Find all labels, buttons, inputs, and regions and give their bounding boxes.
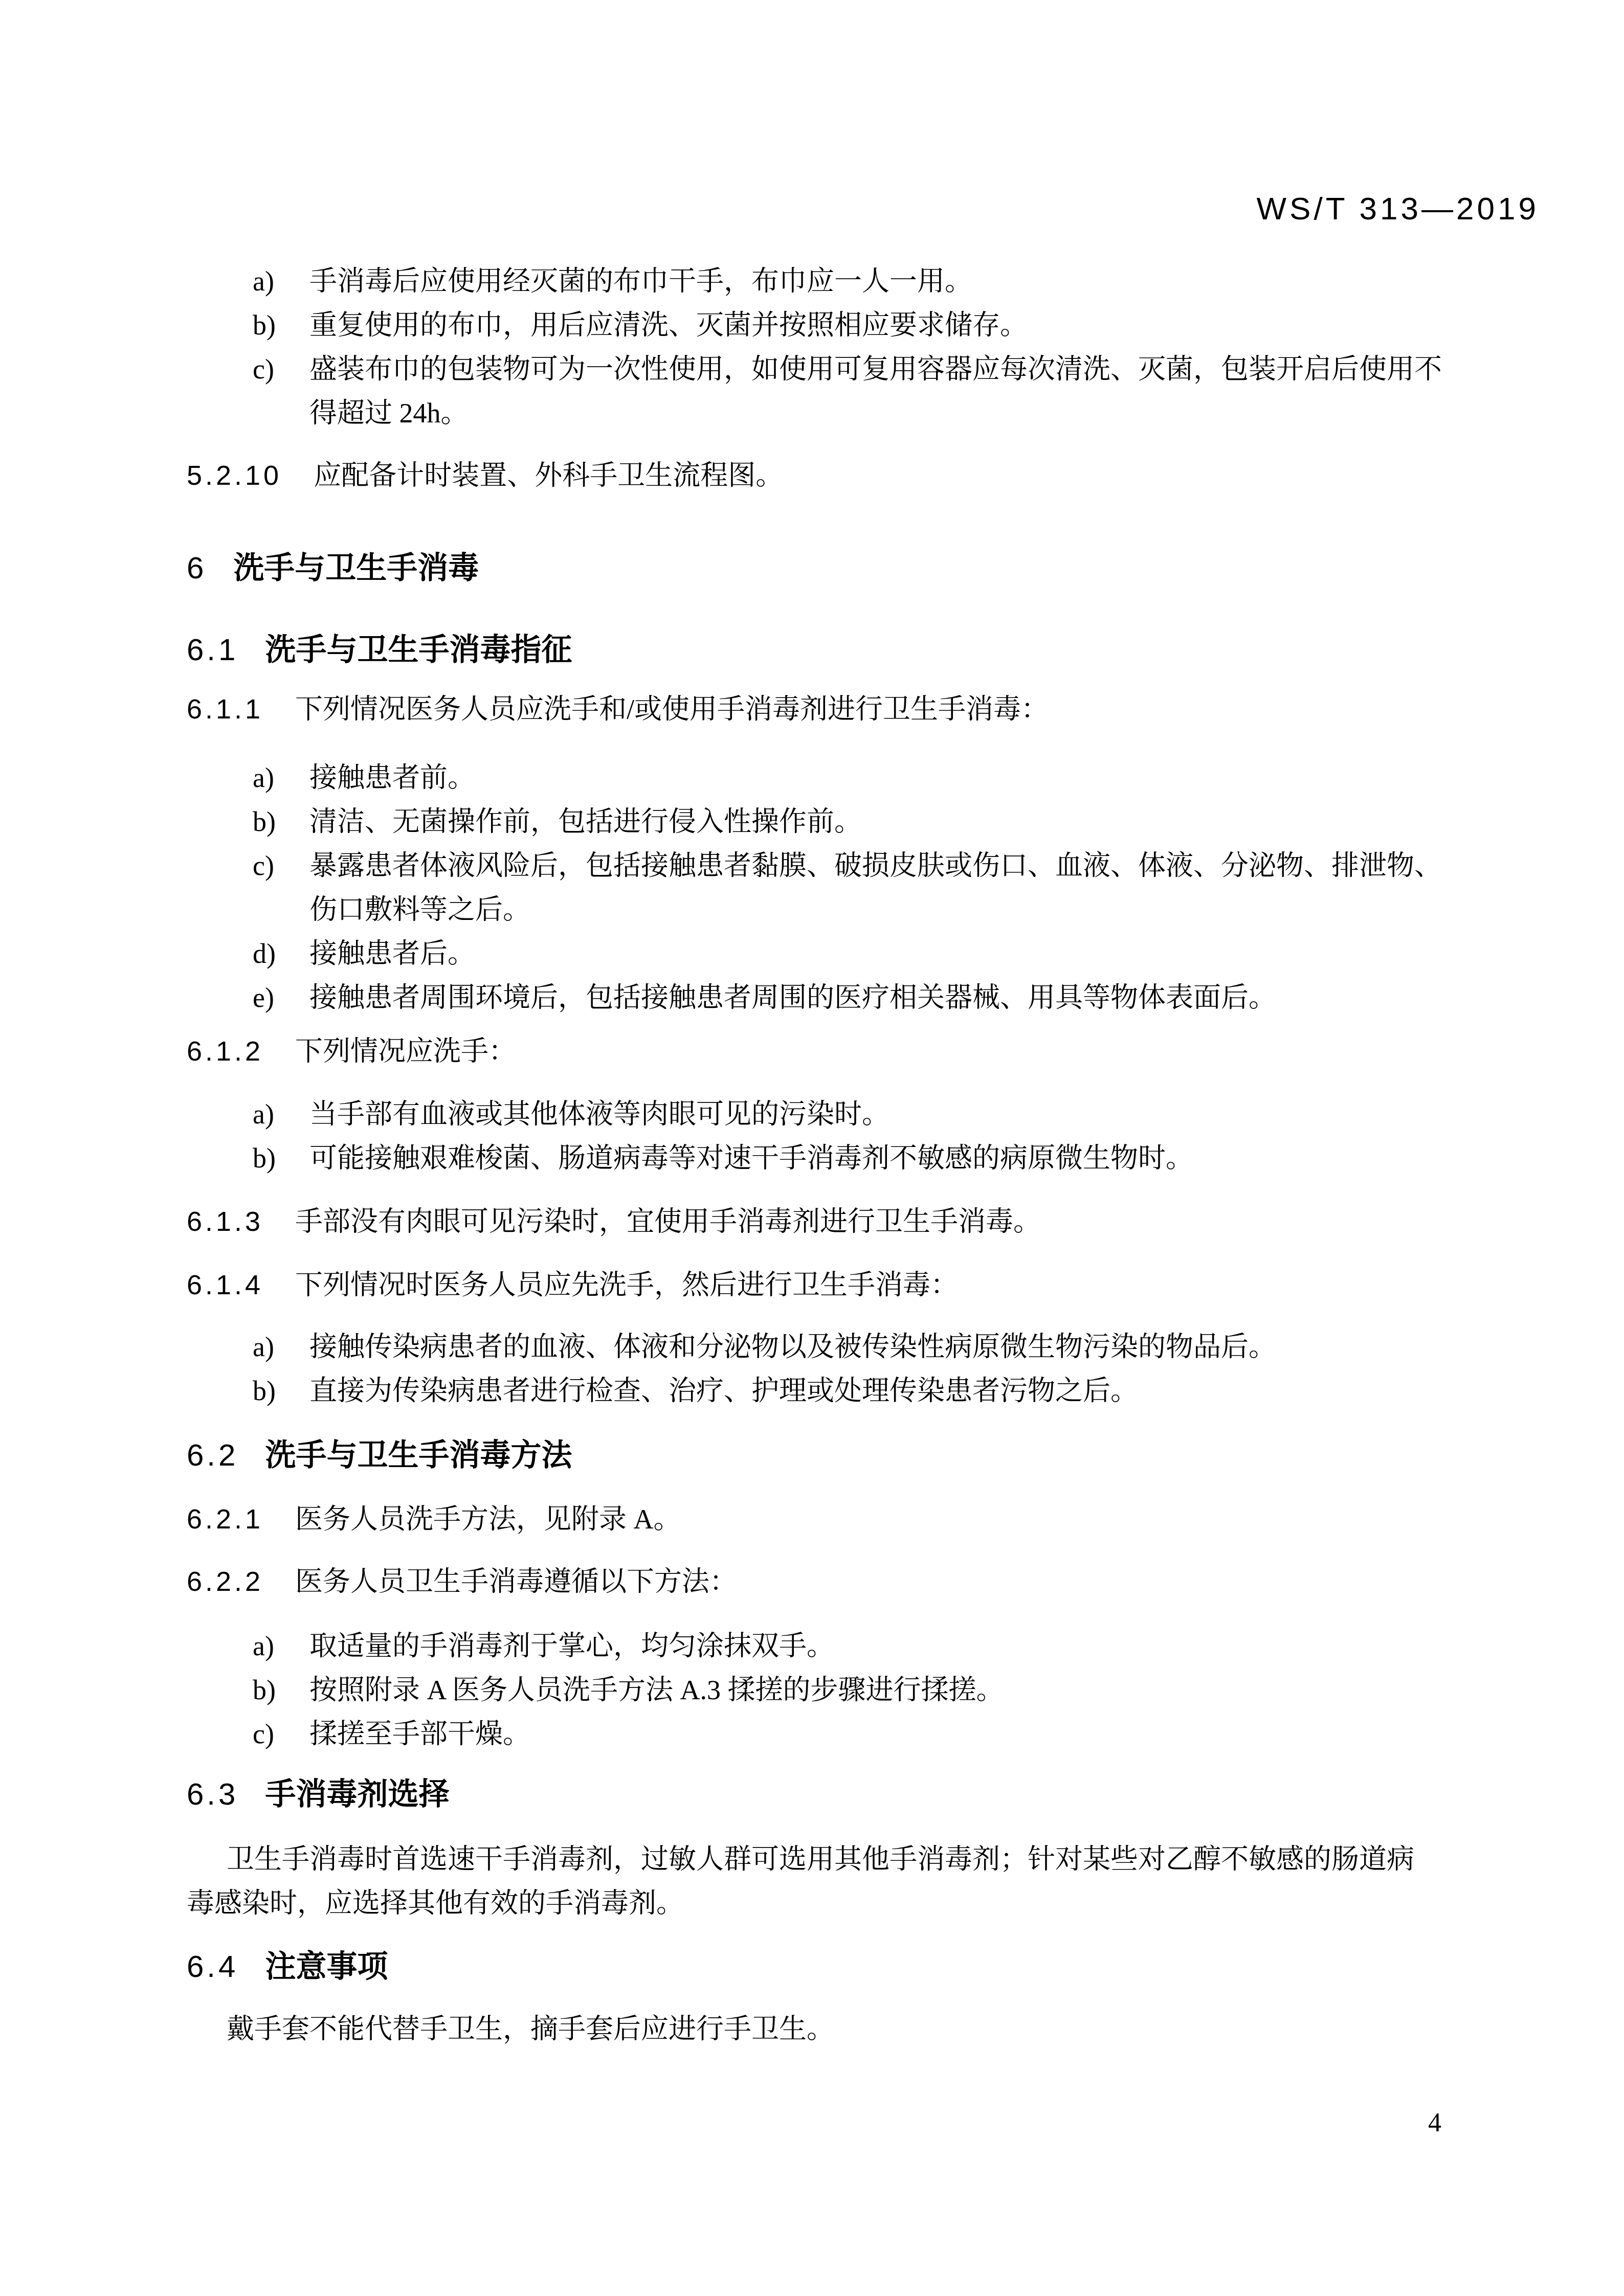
list-item: b) 可能接触艰难梭菌、肠道病毒等对速干手消毒剂不敏感的病原微生物时。: [187, 1136, 1537, 1180]
heading-number: 6.3: [187, 1777, 238, 1811]
clause-6-2-1: 6.2.1医务人员洗手方法，见附录 A。: [187, 1497, 1537, 1541]
list-item: c) 揉搓至手部干燥。: [187, 1712, 1537, 1756]
list-item: b) 直接为传染病患者进行检查、治疗、护理或处理传染患者污物之后。: [187, 1369, 1537, 1413]
list-marker: b): [253, 303, 309, 347]
list-item-text: 暴露患者体液风险后，包括接触患者黏膜、破损皮肤或伤口、血液、体液、分泌物、排泄物…: [309, 844, 1537, 888]
paragraph-line: 毒感染时，应选择其他有效的手消毒剂。: [187, 1881, 1537, 1925]
list-marker: a): [253, 1092, 309, 1136]
list-item-text: 按照附录 A 医务人员洗手方法 A.3 揉搓的步骤进行揉搓。: [309, 1668, 1537, 1712]
list-item: a) 接触患者前。: [187, 756, 1537, 800]
heading-6-4: 6.4注意事项: [187, 1945, 1537, 1989]
list-item-text: 得超过 24h。: [309, 391, 1537, 435]
list-marker: b): [253, 1668, 309, 1712]
clause-text: 医务人员洗手方法，见附录 A。: [295, 1504, 681, 1535]
clause-number: 6.2.1: [187, 1504, 263, 1535]
heading-number: 6.1: [187, 633, 238, 667]
list-marker: a): [253, 1325, 309, 1369]
clause-text: 应配备计时装置、外科手卫生流程图。: [314, 460, 783, 491]
list-item: b) 清洁、无菌操作前，包括进行侵入性操作前。: [187, 800, 1537, 844]
list-item-text: 接触患者前。: [309, 756, 1537, 800]
list-marker: a): [253, 259, 309, 303]
heading-6-3: 6.3手消毒剂选择: [187, 1772, 1537, 1816]
clause-text: 手部没有肉眼可见污染时，宜使用手消毒剂进行卫生手消毒。: [295, 1206, 1041, 1237]
paragraph-line: 戴手套不能代替手卫生，摘手套后应进行手卫生。: [187, 2007, 1537, 2051]
clause-number: 6.1.1: [187, 694, 263, 725]
heading-title: 注意事项: [265, 1949, 388, 1984]
list-item-text: 接触患者后。: [309, 932, 1537, 976]
list-item: d) 接触患者后。: [187, 932, 1537, 976]
heading-number: 6.2: [187, 1438, 238, 1472]
list-marker: c): [253, 844, 309, 932]
list-marker: b): [253, 1369, 309, 1413]
page-number: 4: [1428, 2108, 1441, 2139]
list-marker: d): [253, 932, 309, 976]
list-item: c) 盛装布巾的包装物可为一次性使用，如使用可复用容器应每次清洗、灭菌，包装开启…: [187, 347, 1537, 435]
list-item: b) 按照附录 A 医务人员洗手方法 A.3 揉搓的步骤进行揉搓。: [187, 1668, 1537, 1712]
paragraph-6-4: 戴手套不能代替手卫生，摘手套后应进行手卫生。: [187, 2007, 1537, 2051]
heading-6: 6洗手与卫生手消毒: [187, 546, 1537, 590]
list-item-text: 清洁、无菌操作前，包括进行侵入性操作前。: [309, 800, 1537, 844]
paragraph-6-3: 卫生手消毒时首选速干手消毒剂，过敏人群可选用其他手消毒剂；针对某些对乙醇不敏感的…: [187, 1837, 1537, 1925]
list-marker: a): [253, 1624, 309, 1668]
page-content: a) 手消毒后应使用经灭菌的布巾干手，布巾应一人一用。 b) 重复使用的布巾，用…: [187, 259, 1537, 2051]
list-6-1-4: a) 接触传染病患者的血液、体液和分泌物以及被传染性病原微生物污染的物品后。 b…: [187, 1325, 1537, 1413]
clause-text: 下列情况时医务人员应先洗手，然后进行卫生手消毒：: [295, 1270, 958, 1300]
list-item: a) 手消毒后应使用经灭菌的布巾干手，布巾应一人一用。: [187, 259, 1537, 303]
list-item-text: 盛装布巾的包装物可为一次性使用，如使用可复用容器应每次清洗、灭菌，包装开启后使用…: [309, 347, 1537, 391]
heading-title: 手消毒剂选择: [265, 1777, 449, 1811]
list-6-1-1: a) 接触患者前。 b) 清洁、无菌操作前，包括进行侵入性操作前。 c) 暴露患…: [187, 756, 1537, 1020]
doc-code-header: WS/T 313—2019: [1257, 193, 1539, 225]
heading-title: 洗手与卫生手消毒: [233, 551, 479, 585]
list-towel-rules: a) 手消毒后应使用经灭菌的布巾干手，布巾应一人一用。 b) 重复使用的布巾，用…: [187, 259, 1537, 435]
list-item-text: 取适量的手消毒剂于掌心，均匀涂抹双手。: [309, 1624, 1537, 1668]
clause-6-2-2: 6.2.2医务人员卫生手消毒遵循以下方法：: [187, 1560, 1537, 1604]
clause-number: 6.1.2: [187, 1036, 263, 1067]
list-marker: b): [253, 800, 309, 844]
clause-6-1-3: 6.1.3手部没有肉眼可见污染时，宜使用手消毒剂进行卫生手消毒。: [187, 1200, 1537, 1244]
list-marker: b): [253, 1136, 309, 1180]
heading-title: 洗手与卫生手消毒指征: [265, 633, 572, 667]
clause-6-1-2: 6.1.2下列情况应洗手：: [187, 1029, 1537, 1073]
clause-6-1-4: 6.1.4下列情况时医务人员应先洗手，然后进行卫生手消毒：: [187, 1263, 1537, 1307]
list-item: b) 重复使用的布巾，用后应清洗、灭菌并按照相应要求储存。: [187, 303, 1537, 347]
heading-6-1: 6.1洗手与卫生手消毒指征: [187, 628, 1537, 672]
list-item-text: 直接为传染病患者进行检查、治疗、护理或处理传染患者污物之后。: [309, 1369, 1537, 1413]
heading-number: 6: [187, 551, 207, 585]
list-item: a) 取适量的手消毒剂于掌心，均匀涂抹双手。: [187, 1624, 1537, 1668]
list-item-text: 手消毒后应使用经灭菌的布巾干手，布巾应一人一用。: [309, 259, 1537, 303]
document-page: WS/T 313—2019 a) 手消毒后应使用经灭菌的布巾干手，布巾应一人一用…: [0, 0, 1624, 2296]
paragraph-line: 卫生手消毒时首选速干手消毒剂，过敏人群可选用其他手消毒剂；针对某些对乙醇不敏感的…: [187, 1837, 1537, 1881]
list-item-text: 可能接触艰难梭菌、肠道病毒等对速干手消毒剂不敏感的病原微生物时。: [309, 1136, 1537, 1180]
list-item: c) 暴露患者体液风险后，包括接触患者黏膜、破损皮肤或伤口、血液、体液、分泌物、…: [187, 844, 1537, 932]
list-item-text: 当手部有血液或其他体液等肉眼可见的污染时。: [309, 1092, 1537, 1136]
list-marker: e): [253, 976, 309, 1020]
list-marker: c): [253, 1712, 309, 1756]
list-item: a) 当手部有血液或其他体液等肉眼可见的污染时。: [187, 1092, 1537, 1136]
clause-text: 医务人员卫生手消毒遵循以下方法：: [295, 1566, 737, 1597]
list-item-text: 揉搓至手部干燥。: [309, 1712, 1537, 1756]
clause-5-2-10: 5.2.10应配备计时装置、外科手卫生流程图。: [187, 454, 1537, 498]
clause-6-1-1: 6.1.1下列情况医务人员应洗手和/或使用手消毒剂进行卫生手消毒：: [187, 687, 1537, 731]
clause-number: 5.2.10: [187, 460, 282, 491]
list-marker: a): [253, 756, 309, 800]
list-6-1-2: a) 当手部有血液或其他体液等肉眼可见的污染时。 b) 可能接触艰难梭菌、肠道病…: [187, 1092, 1537, 1180]
clause-number: 6.2.2: [187, 1566, 263, 1597]
heading-title: 洗手与卫生手消毒方法: [265, 1438, 572, 1472]
clause-text: 下列情况医务人员应洗手和/或使用手消毒剂进行卫生手消毒：: [295, 694, 1049, 725]
list-item-text: 伤口敷料等之后。: [309, 888, 1537, 932]
list-item: a) 接触传染病患者的血液、体液和分泌物以及被传染性病原微生物污染的物品后。: [187, 1325, 1537, 1369]
list-item-text: 接触传染病患者的血液、体液和分泌物以及被传染性病原微生物污染的物品后。: [309, 1325, 1537, 1369]
list-item-text: 接触患者周围环境后，包括接触患者周围的医疗相关器械、用具等物体表面后。: [309, 976, 1537, 1020]
heading-number: 6.4: [187, 1949, 238, 1984]
heading-6-2: 6.2洗手与卫生手消毒方法: [187, 1433, 1537, 1477]
list-marker: c): [253, 347, 309, 435]
list-6-2-2: a) 取适量的手消毒剂于掌心，均匀涂抹双手。 b) 按照附录 A 医务人员洗手方…: [187, 1624, 1537, 1756]
clause-number: 6.1.4: [187, 1270, 263, 1300]
list-item: e) 接触患者周围环境后，包括接触患者周围的医疗相关器械、用具等物体表面后。: [187, 976, 1537, 1020]
list-item-text: 重复使用的布巾，用后应清洗、灭菌并按照相应要求储存。: [309, 303, 1537, 347]
clause-number: 6.1.3: [187, 1206, 263, 1237]
clause-text: 下列情况应洗手：: [295, 1036, 516, 1067]
